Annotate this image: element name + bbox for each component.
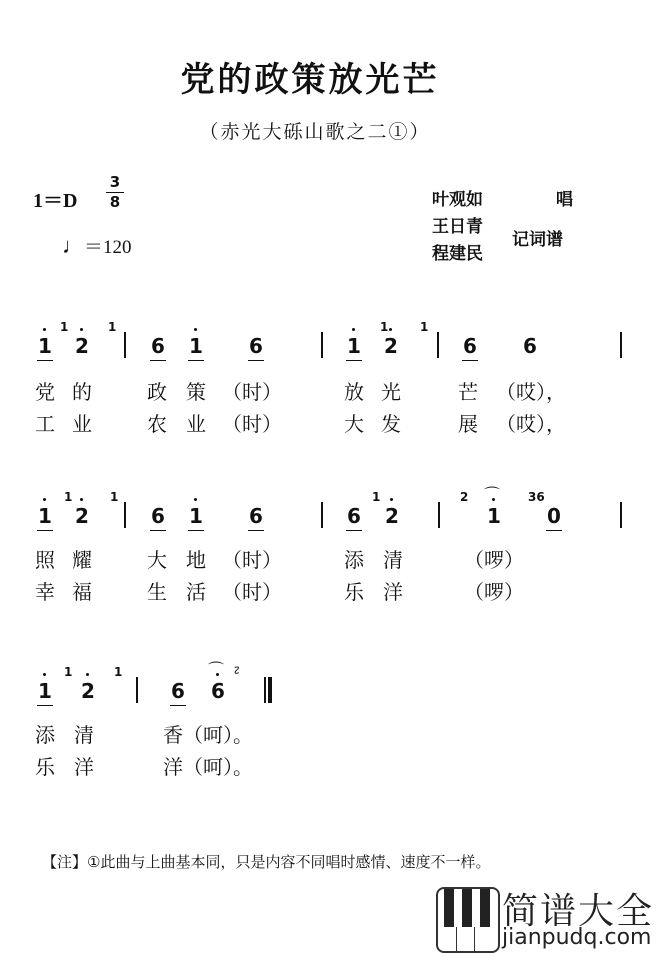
- note: 6: [150, 504, 166, 528]
- lyric: 清: [383, 544, 403, 573]
- lyric: 业: [186, 408, 206, 437]
- note: 2: [80, 679, 96, 703]
- quarter-note-icon: ♩: [62, 233, 84, 258]
- lyric: 大: [147, 544, 167, 573]
- lyric: 洋: [74, 751, 94, 780]
- lyric: 香（呵）。: [163, 719, 253, 748]
- note: 2: [74, 334, 90, 358]
- lyric: 发: [381, 408, 401, 437]
- barline: [321, 332, 323, 358]
- singer-role: 唱: [556, 188, 573, 213]
- lyric: （啰）: [464, 544, 524, 573]
- barline: [124, 332, 126, 358]
- note: 1: [37, 334, 53, 358]
- lyric: （哎），: [496, 376, 566, 405]
- transcriber-name: 程建民: [432, 242, 483, 267]
- lyric: 清: [74, 719, 94, 748]
- credits: 叶观如 唱 王日青 程建民 记词谱: [432, 188, 592, 268]
- lyric: 耀: [72, 544, 92, 573]
- time-signature-bottom: 8: [106, 194, 124, 211]
- note: 6: [170, 679, 186, 703]
- lyric: 的: [72, 376, 92, 405]
- lyric: 策: [186, 376, 206, 405]
- piano-keys-icon: [436, 887, 500, 953]
- barline: [136, 677, 138, 703]
- note: 2: [384, 504, 400, 528]
- score-system-2: 1 1 2 1 6 1 6 6 1 2 2 ⌒ 1 36 0 照 耀 大 地 （…: [0, 500, 658, 610]
- tempo-marking: ♩＝120: [62, 232, 132, 259]
- grace-note: 1: [380, 320, 388, 334]
- lyric: 活: [186, 576, 206, 605]
- barline: [620, 332, 622, 358]
- lyric: 地: [186, 544, 206, 573]
- barline: [620, 502, 622, 528]
- tempo-value: ＝120: [84, 237, 132, 258]
- time-signature: 3 8: [106, 174, 124, 211]
- lyric: 幸: [35, 576, 55, 605]
- note: 1: [188, 334, 204, 358]
- score-system-3: 1 1 2 1 6 ⌒ 6 ∿ 添 清 香（呵）。 乐 洋 洋（呵）。: [0, 675, 658, 785]
- grace-note: 1: [64, 490, 72, 504]
- lyric: 业: [72, 408, 92, 437]
- grace-note: 1: [114, 665, 122, 679]
- lyric: 照: [35, 544, 55, 573]
- lyric: 添: [344, 544, 364, 573]
- singer-name: 叶观如: [432, 188, 483, 213]
- lyric: （啰）: [464, 576, 524, 605]
- score-system-1: 1 1 2 1 6 1 6 1 1 2 1 6 6 党 的 政 策 （时） 放 …: [0, 330, 658, 440]
- song-subtitle: （赤光大砾山歌之二①）: [0, 117, 630, 144]
- lyric: （时）: [222, 376, 282, 405]
- lyric: 生: [147, 576, 167, 605]
- lyric: 农: [147, 408, 167, 437]
- grace-note: 2: [460, 490, 468, 504]
- grace-note: 1: [60, 320, 68, 334]
- trill-icon: ∿: [228, 662, 245, 678]
- lyric: （时）: [222, 576, 282, 605]
- barline: [438, 502, 440, 528]
- footnote: 【注】①此曲与上曲基本同，只是内容不同唱时感情、速度不一样。: [42, 851, 490, 872]
- note: 1: [37, 504, 53, 528]
- time-signature-top: 3: [106, 174, 124, 191]
- lyric: （时）: [222, 544, 282, 573]
- song-title: 党的政策放光芒: [0, 52, 620, 101]
- final-barline-thin: [264, 677, 266, 703]
- lyric: 乐: [344, 576, 364, 605]
- lyric: 洋（呵）。: [163, 751, 253, 780]
- lyric: 福: [72, 576, 92, 605]
- note: 1: [188, 504, 204, 528]
- watermark-logo: 简谱大全 jianpudq.com: [436, 883, 658, 953]
- fermata-icon: ⌒: [208, 657, 224, 680]
- note: 0: [546, 504, 562, 528]
- key-signature: 1＝D: [33, 184, 77, 213]
- note: 6: [462, 334, 478, 358]
- grace-note: 1: [108, 320, 116, 334]
- transcriber-role: 记词谱: [512, 228, 563, 253]
- lyric: 展: [458, 408, 478, 437]
- lyric: （时）: [222, 408, 282, 437]
- note: 6: [248, 504, 264, 528]
- final-barline-thick: [268, 677, 272, 703]
- grace-note: 1: [64, 665, 72, 679]
- transcriber-name: 王日青: [432, 215, 483, 240]
- grace-note: 1: [110, 490, 118, 504]
- note: 2: [74, 504, 90, 528]
- note: 6: [248, 334, 264, 358]
- note: 6: [522, 334, 538, 358]
- note: 6: [346, 504, 362, 528]
- watermark-url: jianpudq.com: [502, 925, 651, 950]
- note: 6: [210, 679, 226, 703]
- grace-note: 1: [372, 490, 380, 504]
- lyric: 乐: [35, 751, 55, 780]
- note: 6: [150, 334, 166, 358]
- lyric: 洋: [383, 576, 403, 605]
- barline: [124, 502, 126, 528]
- lyric: （哎），: [496, 408, 566, 437]
- lyric: 光: [381, 376, 401, 405]
- lyric: 大: [344, 408, 364, 437]
- lyric: 放: [344, 376, 364, 405]
- barline: [321, 502, 323, 528]
- lyric: 政: [147, 376, 167, 405]
- note: 1: [486, 504, 502, 528]
- fermata-icon: ⌒: [484, 482, 500, 505]
- note: 1: [346, 334, 362, 358]
- barline: [437, 332, 439, 358]
- lyric: 工: [35, 408, 55, 437]
- lyric: 芒: [458, 376, 478, 405]
- grace-note: 36: [528, 490, 545, 504]
- note: 2: [383, 334, 399, 358]
- lyric: 党: [35, 376, 55, 405]
- note: 1: [37, 679, 53, 703]
- lyric: 添: [35, 719, 55, 748]
- grace-note: 1: [420, 320, 428, 334]
